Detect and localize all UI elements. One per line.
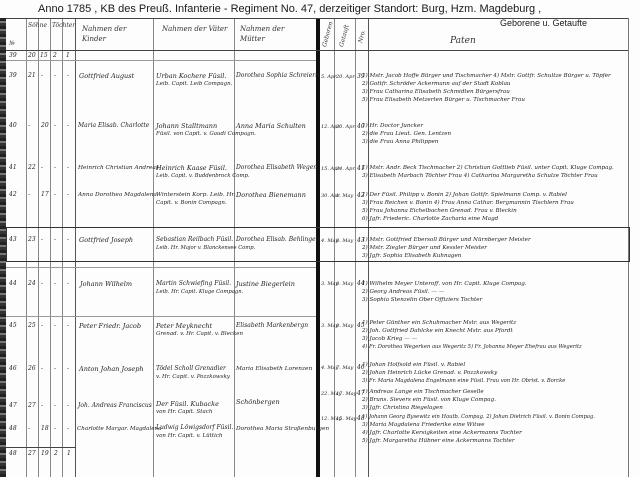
header-father-name: Nahmen der Väter [162, 24, 232, 34]
baptism-date: 7. May [336, 364, 353, 372]
entry-illegit-daughter: - [67, 236, 69, 244]
mother-name: Justine Biegerlein [236, 280, 295, 288]
mother-name: Dorothea Elisabeth Wegen [236, 164, 317, 172]
mother-name: Anna Maria Schulten [236, 122, 306, 130]
sponsor-line: 1) Andreas Lange ein Tischmacher Geselle [362, 389, 484, 397]
father-name: Winterstein Korp. Leib. Hr. [156, 191, 236, 199]
mother-name: Dorothea Elisab. Behlingen [236, 236, 320, 244]
entry-illegit-daughter: - [67, 122, 69, 130]
sponsor-line: 5) Frau Elisabeth Metzerten Bürger u. Ti… [362, 97, 525, 105]
sponsor-line: 3) die Frau Anna Philippen [362, 139, 438, 147]
father-name: Urban Kochere Füsil. [156, 72, 226, 80]
baptism-date: 15. May [336, 415, 356, 423]
child-name: Gottfried Joseph [79, 236, 133, 244]
row-rule [6, 316, 316, 317]
father-unit: Capit. v. Bonin Compagn. [156, 199, 227, 207]
row-rule [6, 267, 316, 268]
sponsor-line: 2) Bruns. Sievers ein Füsil. von Kluge C… [362, 397, 496, 405]
entry-daughter-count: - [41, 322, 43, 330]
father-unit: Füsil. von Capit. v. Gaudi Compagn. [156, 130, 256, 138]
father-unit: Leib. Capit. v. Buddenbrock Comp. [156, 172, 250, 180]
entry-illegit-son: - [54, 236, 56, 244]
entry-illegit-daughter: - [67, 191, 69, 199]
father-unit: Leib. Hr. Capit. Kluge Compagn. [156, 288, 243, 296]
mother-name: Maria Elisabeth Lorenzen [236, 365, 312, 373]
father-name: Peter Meyknecht [156, 322, 212, 330]
entry-daughter-count: - [41, 72, 43, 80]
mother-name: Dorothea Maria Straßenburgen [236, 425, 329, 433]
register-page: Anno 1785 , KB des Preuß. Infanterie - R… [0, 0, 640, 477]
entry-no: 42 [9, 191, 17, 199]
entry-son-count: 24 [28, 280, 36, 288]
entry-no: 46 [9, 365, 17, 373]
sponsor-line: 2) Joh. Gottfried Dahlcke ein Knecht Mst… [362, 328, 513, 336]
mother-name: Dorothea Bienemann [236, 191, 306, 199]
child-name: Anton Johan Joseph [79, 365, 144, 373]
baptism-date: 17. May [336, 390, 356, 398]
entry-no: 40 [9, 122, 17, 130]
entry-daughter-count: - [41, 280, 43, 288]
entry-illegit-son: - [54, 322, 56, 330]
sponsor-line: 2) Mstr. Ziegler Bürger und Kessler Meis… [362, 245, 487, 253]
entry-illegit-son: - [54, 72, 56, 80]
child-name: Peter Friedr. Jacob [79, 322, 141, 330]
carry-son: 20 [28, 52, 36, 60]
sponsor-line: 1) Mstr. Andr. Beck Tischmacher 2) Chris… [362, 165, 614, 173]
sponsor-line: 3) Fr. Maria Magdalena Engelmann eine Fü… [362, 378, 565, 386]
header-daughters: Töchter [52, 22, 75, 29]
sponsor-line: 2) Gottfr. Schröder Ackermann auf der St… [362, 81, 511, 89]
entry-illegit-son: - [54, 280, 56, 288]
header-ref-no: Nro. [357, 29, 367, 44]
entry-daughter-count: 20 [41, 122, 49, 130]
sponsor-line: 3) Maria Magdalena Friederike eine Witwe [362, 422, 485, 430]
child-name: Gottfried August [79, 72, 134, 80]
header-born: Geboren [321, 21, 335, 48]
sponsor-line: 1) Mstr. Jacob Hoffe Bürger und Tischmac… [362, 73, 611, 81]
father-name: Ludwig Löwigsdorf Füsil. [156, 424, 233, 432]
sponsor-line: 5) Jgfr. Margaretha Hübner eine Ackerman… [362, 438, 515, 446]
entry-illegit-daughter: - [67, 280, 69, 288]
sponsor-line: 1) Johan Holfsold ein Füsil. v. Rabiel [362, 362, 465, 370]
entry-no: 39 [9, 72, 17, 80]
entry-no: 43 [9, 236, 17, 244]
sponsor-line: 1) Peter Günther ein Schuhmacher Mstr. a… [362, 320, 516, 328]
carry-daughter: 15 [40, 52, 48, 60]
entry-son-count: 27 [28, 402, 36, 410]
baptism-date: 20. Apr. [336, 73, 356, 81]
entry-son-count: 26 [28, 365, 36, 373]
sponsor-line: 1) Hr. Doctor Juncker [362, 123, 423, 131]
sponsor-line: 4) Fr. Dorothea Wegerken aus Wegeritz 5)… [362, 344, 582, 352]
sponsor-line: 3) Elisabeth Marbach Töchter Frau 4) Cat… [362, 173, 598, 181]
entry-son-count: - [28, 425, 30, 433]
totals-no: 48 [9, 450, 17, 458]
document-title: Anno 1785 , KB des Preuß. Infanterie - R… [38, 3, 638, 17]
sponsor-line: 3) Sophia Stenzelin Ober Offiziers Tocht… [362, 297, 482, 305]
entry-daughter-count: - [41, 402, 43, 410]
header-sponsors: Paten [450, 36, 476, 46]
sponsor-line: 2) Johan Heinrich Lücke Grenad. v. Pozzk… [362, 370, 497, 378]
entry-daughter-count: - [41, 164, 43, 172]
entry-illegit-daughter: - [67, 365, 69, 373]
child-name: Charlotte Margar. Magdalena [77, 425, 162, 433]
totals-son: 27 [28, 450, 36, 458]
header-no: № [9, 40, 15, 47]
header-top-rule [6, 18, 628, 19]
child-name: Joh. Andreas Franciscus [78, 402, 152, 410]
header-sons: Söhne [28, 22, 47, 29]
sponsor-line: 1) Wilhelm Meyer Unteroff. von Hr. Capit… [362, 281, 527, 289]
entry-illegit-son: - [54, 425, 56, 433]
entry-son-count: 22 [28, 164, 36, 172]
father-unit: von Hr. Capit. Stach [156, 408, 212, 416]
father-name: Heinrich Kaase Füsil. [156, 164, 227, 172]
father-unit: von Hr. Capit. v. Lüttich [156, 432, 222, 440]
sponsor-line: 4) Jgfr. Charlotte Kersigkeiten eine Ack… [362, 430, 522, 438]
header-child-name: Nahmen der Kinder [82, 24, 152, 44]
carry-over-rule [6, 60, 316, 61]
entry-daughter-count: - [41, 236, 43, 244]
sponsor-line: 2) Georg Andreas Füsil. — — [362, 289, 444, 297]
child-name: Johann Wilhelm [80, 280, 132, 288]
sponsor-line: 2) die Frau Lieut. Gen. Lentzen [362, 131, 451, 139]
father-unit: Leib. Capit. Leib Compagn. [156, 80, 232, 88]
father-name: Der Füsil. Kubacke [156, 400, 219, 408]
father-name: Martin Schwiefing Füsil. [156, 280, 231, 288]
entry-illegit-daughter: - [67, 425, 69, 433]
sponsor-line: 3) Jacob Krieg — — [362, 336, 417, 344]
entry-illegit-son: - [54, 402, 56, 410]
baptism-date: 8. May [336, 322, 353, 330]
sponsor-line: 3) Frau Catharina Elisabeth Schmidten Bü… [362, 89, 510, 97]
baptism-date: 8. May [336, 237, 353, 245]
father-unit: Grenad. v. Hr. Capit. v. Blecken [156, 330, 243, 338]
entry-illegit-daughter: - [67, 322, 69, 330]
child-name: Heinrich Christian Andreas [78, 164, 159, 172]
sponsor-line: 1) Mstr. Gottfried Ebersoll Bürger und N… [362, 237, 531, 245]
highlighted-entry-box [6, 227, 630, 262]
entry-no: 44 [9, 280, 17, 288]
header-baptized: Getauft [338, 24, 351, 48]
carry-x2: 1 [66, 52, 70, 60]
entry-illegit-son: - [54, 191, 56, 199]
entry-son-count: 25 [28, 322, 36, 330]
entry-daughter-count: 17 [41, 191, 49, 199]
totals-x1: 2 [54, 450, 58, 458]
entry-daughter-count: 18 [41, 425, 49, 433]
mother-name: Dorothea Sophia Schreiern [236, 72, 319, 80]
sponsor-line: 5) Frau Johanna Eichelbachen Grenad. Fra… [362, 208, 517, 216]
entry-illegit-daughter: - [67, 402, 69, 410]
sponsor-line: 1) Johann Georg Bysewitz ein Hautb. Comp… [362, 414, 595, 422]
entry-no: 47 [9, 402, 17, 410]
entry-son-count: - [28, 191, 30, 199]
sponsor-line: 3) Jgfr. Christina Riegelagen [362, 405, 443, 413]
father-unit: v. Hr. Capit. v. Pozzkowsky [156, 373, 230, 381]
father-name: Sebastian Reilbach Füsil. [156, 236, 233, 244]
child-name: Maria Elisab. Charlotte [78, 122, 149, 130]
sponsor-line: 6) Jgfr. Friederic. Charlotte Zacharia e… [362, 216, 498, 224]
baptism-date: 24. Apr. [336, 165, 356, 173]
entry-illegit-son: - [54, 365, 56, 373]
entry-no: 41 [9, 164, 17, 172]
totals-x2: 1 [67, 450, 71, 458]
sponsor-line: 1) Der Füsil. Philipp v. Bonin 2) Johan … [362, 192, 567, 200]
entry-illegit-son: - [54, 164, 56, 172]
baptism-date: 1. May [336, 192, 353, 200]
document-subtitle: Geborene u. Getaufte [500, 18, 587, 28]
entry-illegit-daughter: - [67, 164, 69, 172]
father-unit: Leib. Hr. Major v. Blanckensee Comp. [156, 244, 255, 252]
totals-daughter: 19 [41, 450, 49, 458]
carry-x1: 2 [53, 52, 57, 60]
baptism-date: 20. Apr. [336, 123, 356, 131]
totals-rule [6, 447, 76, 448]
entry-no: 45 [9, 322, 17, 330]
entry-daughter-count: - [41, 365, 43, 373]
father-name: Johann Stalltmann [156, 122, 217, 130]
mother-name: Elisabeth Markenbergn [236, 322, 308, 330]
entry-son-count: - [28, 122, 30, 130]
entry-son-count: 23 [28, 236, 36, 244]
entry-illegit-daughter: - [67, 72, 69, 80]
mother-name: Schönbergen [236, 398, 280, 406]
entry-son-count: 21 [28, 72, 36, 80]
baptism-date: 8. May [336, 280, 353, 288]
entry-no: 48 [9, 425, 17, 433]
header-mother-name: Nahmen der Mütter [240, 24, 310, 44]
sponsor-line: 3) Jgfr. Sophia Elisabeth Kuhnagen [362, 253, 461, 261]
child-name: Anna Dorothea Magdalena [78, 191, 157, 199]
sponsor-line: 3) Frau Reichen v. Bonin 4) Frau Anna Ca… [362, 200, 574, 208]
header-bottom-rule [6, 50, 628, 51]
father-name: Tödel Scholl Grenadier [156, 365, 226, 373]
entry-illegit-son: - [54, 122, 56, 130]
carry-no: 39 [9, 52, 17, 60]
